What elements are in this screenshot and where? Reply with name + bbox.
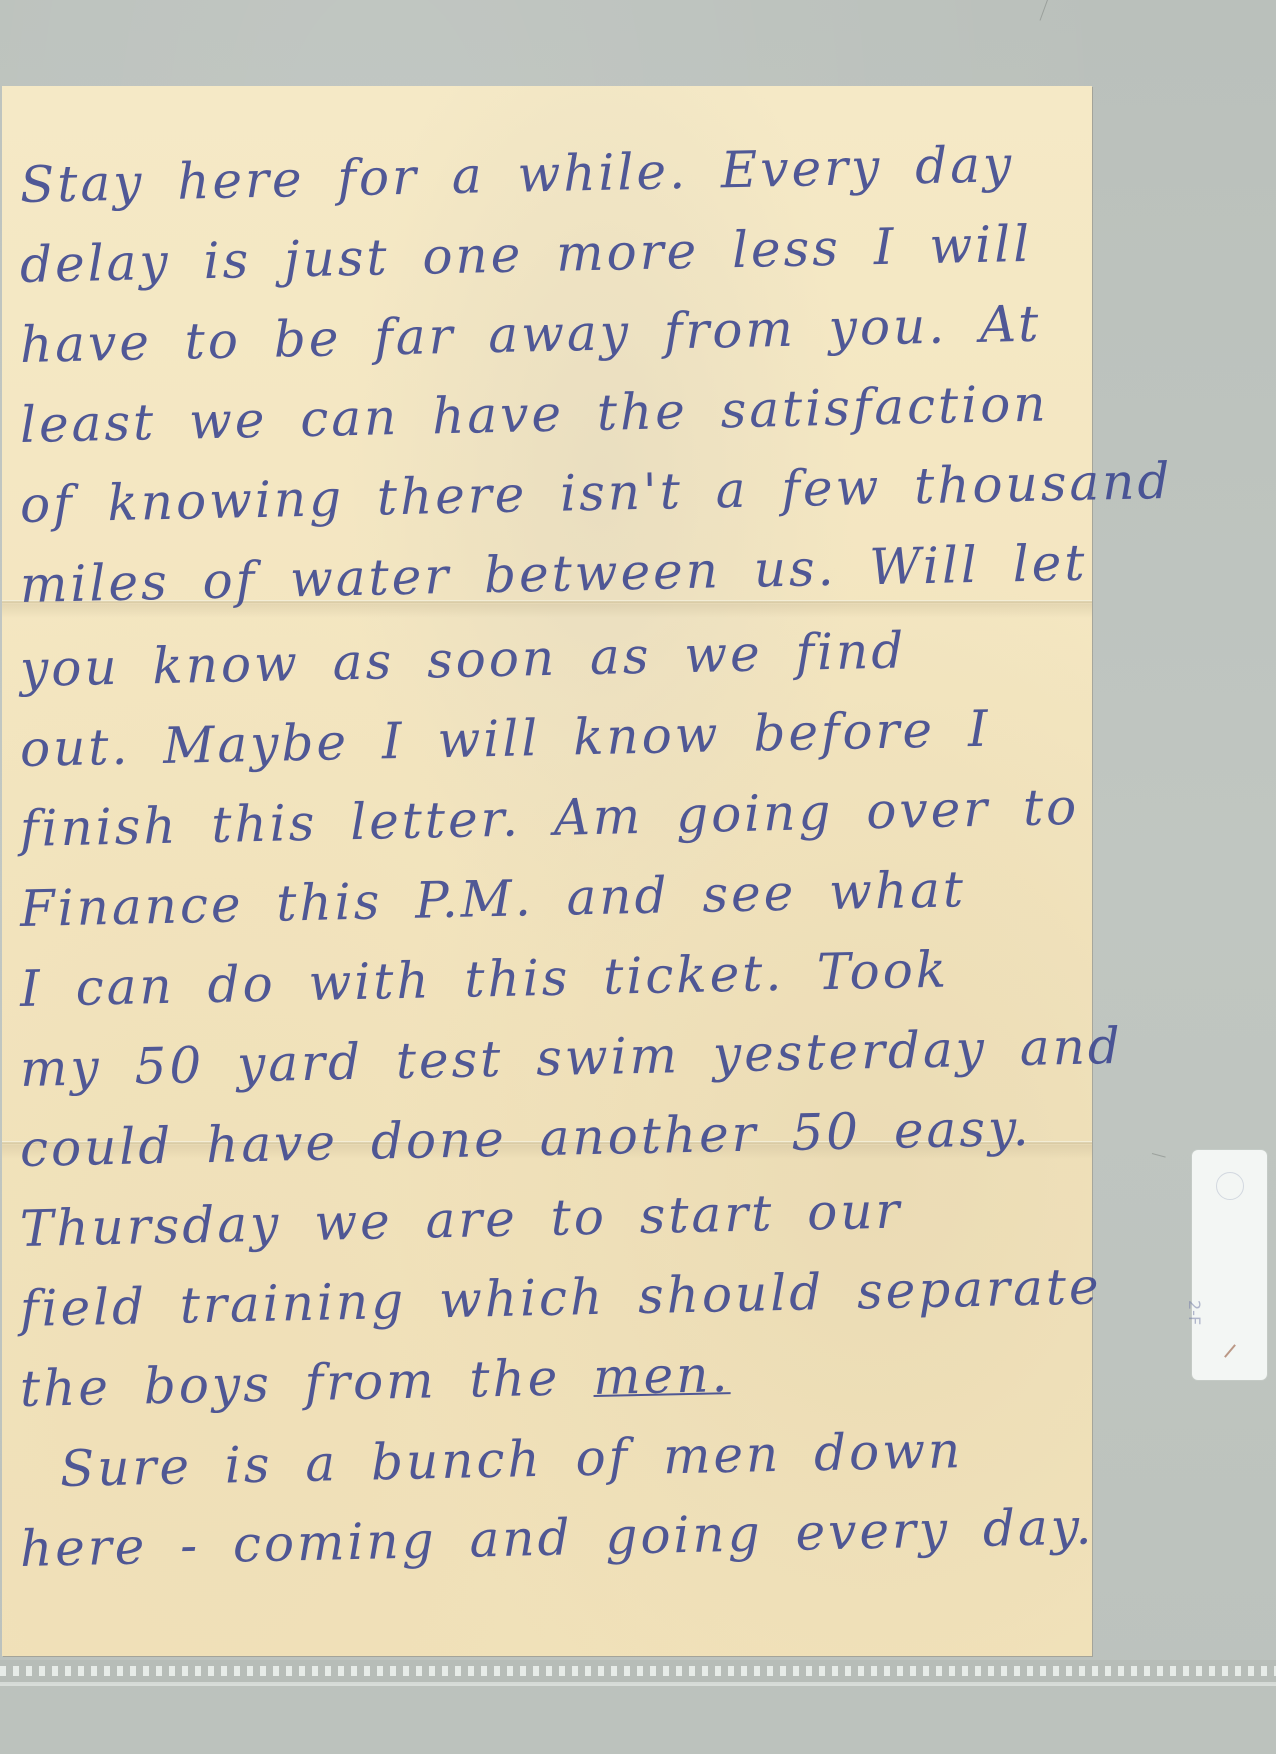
letter-line: have to be far away from you. At: [19, 295, 1041, 374]
letter-line: Thursday we are to start our: [19, 1182, 903, 1258]
letter-line-text: the boys from the: [19, 1348, 593, 1418]
sleeve-perforation-strip: [0, 1660, 1276, 1684]
letter-line: you know as soon as we find: [19, 621, 906, 698]
letter-line: least we can have the satisfaction: [19, 374, 1049, 454]
letter-line: of knowing there isn't a few thousand: [19, 452, 1173, 534]
underlined-word: men.: [593, 1345, 731, 1406]
archive-tag: 2-F: [1192, 1150, 1267, 1380]
letter-line: here - coming and going every day.: [19, 1498, 1094, 1578]
letter-line: could have done another 50 easy.: [19, 1099, 1032, 1178]
letter-line: my 50 yard test swim yesterday and: [19, 1017, 1123, 1098]
letter-line: out. Maybe I will know before I: [19, 700, 991, 778]
letter-line: I can do with this ticket. Took: [19, 941, 949, 1018]
sleeve-edge-line: [0, 1684, 1276, 1686]
letter-line: Sure is a bunch of men down: [59, 1421, 963, 1498]
letter-line: the boys from the men.: [19, 1345, 730, 1418]
letter-line: Finance this P.M. and see what: [19, 860, 966, 938]
letter-page: Stay here for a while. Every day delay i…: [2, 86, 1092, 1656]
letter-line: finish this letter. Am going over to: [19, 778, 1079, 858]
tag-hole-icon: [1216, 1172, 1244, 1200]
letter-line: Stay here for a while. Every day: [19, 135, 1014, 214]
sleeve-scratch: [1040, 0, 1048, 21]
sleeve-scratch: [1152, 1153, 1166, 1158]
tag-label: 2-F: [1185, 1300, 1204, 1360]
letter-line: delay is just one more less I will: [19, 215, 1032, 294]
tag-pencil-mark: [1224, 1344, 1236, 1358]
letter-line: field training which should separate: [19, 1257, 1102, 1338]
